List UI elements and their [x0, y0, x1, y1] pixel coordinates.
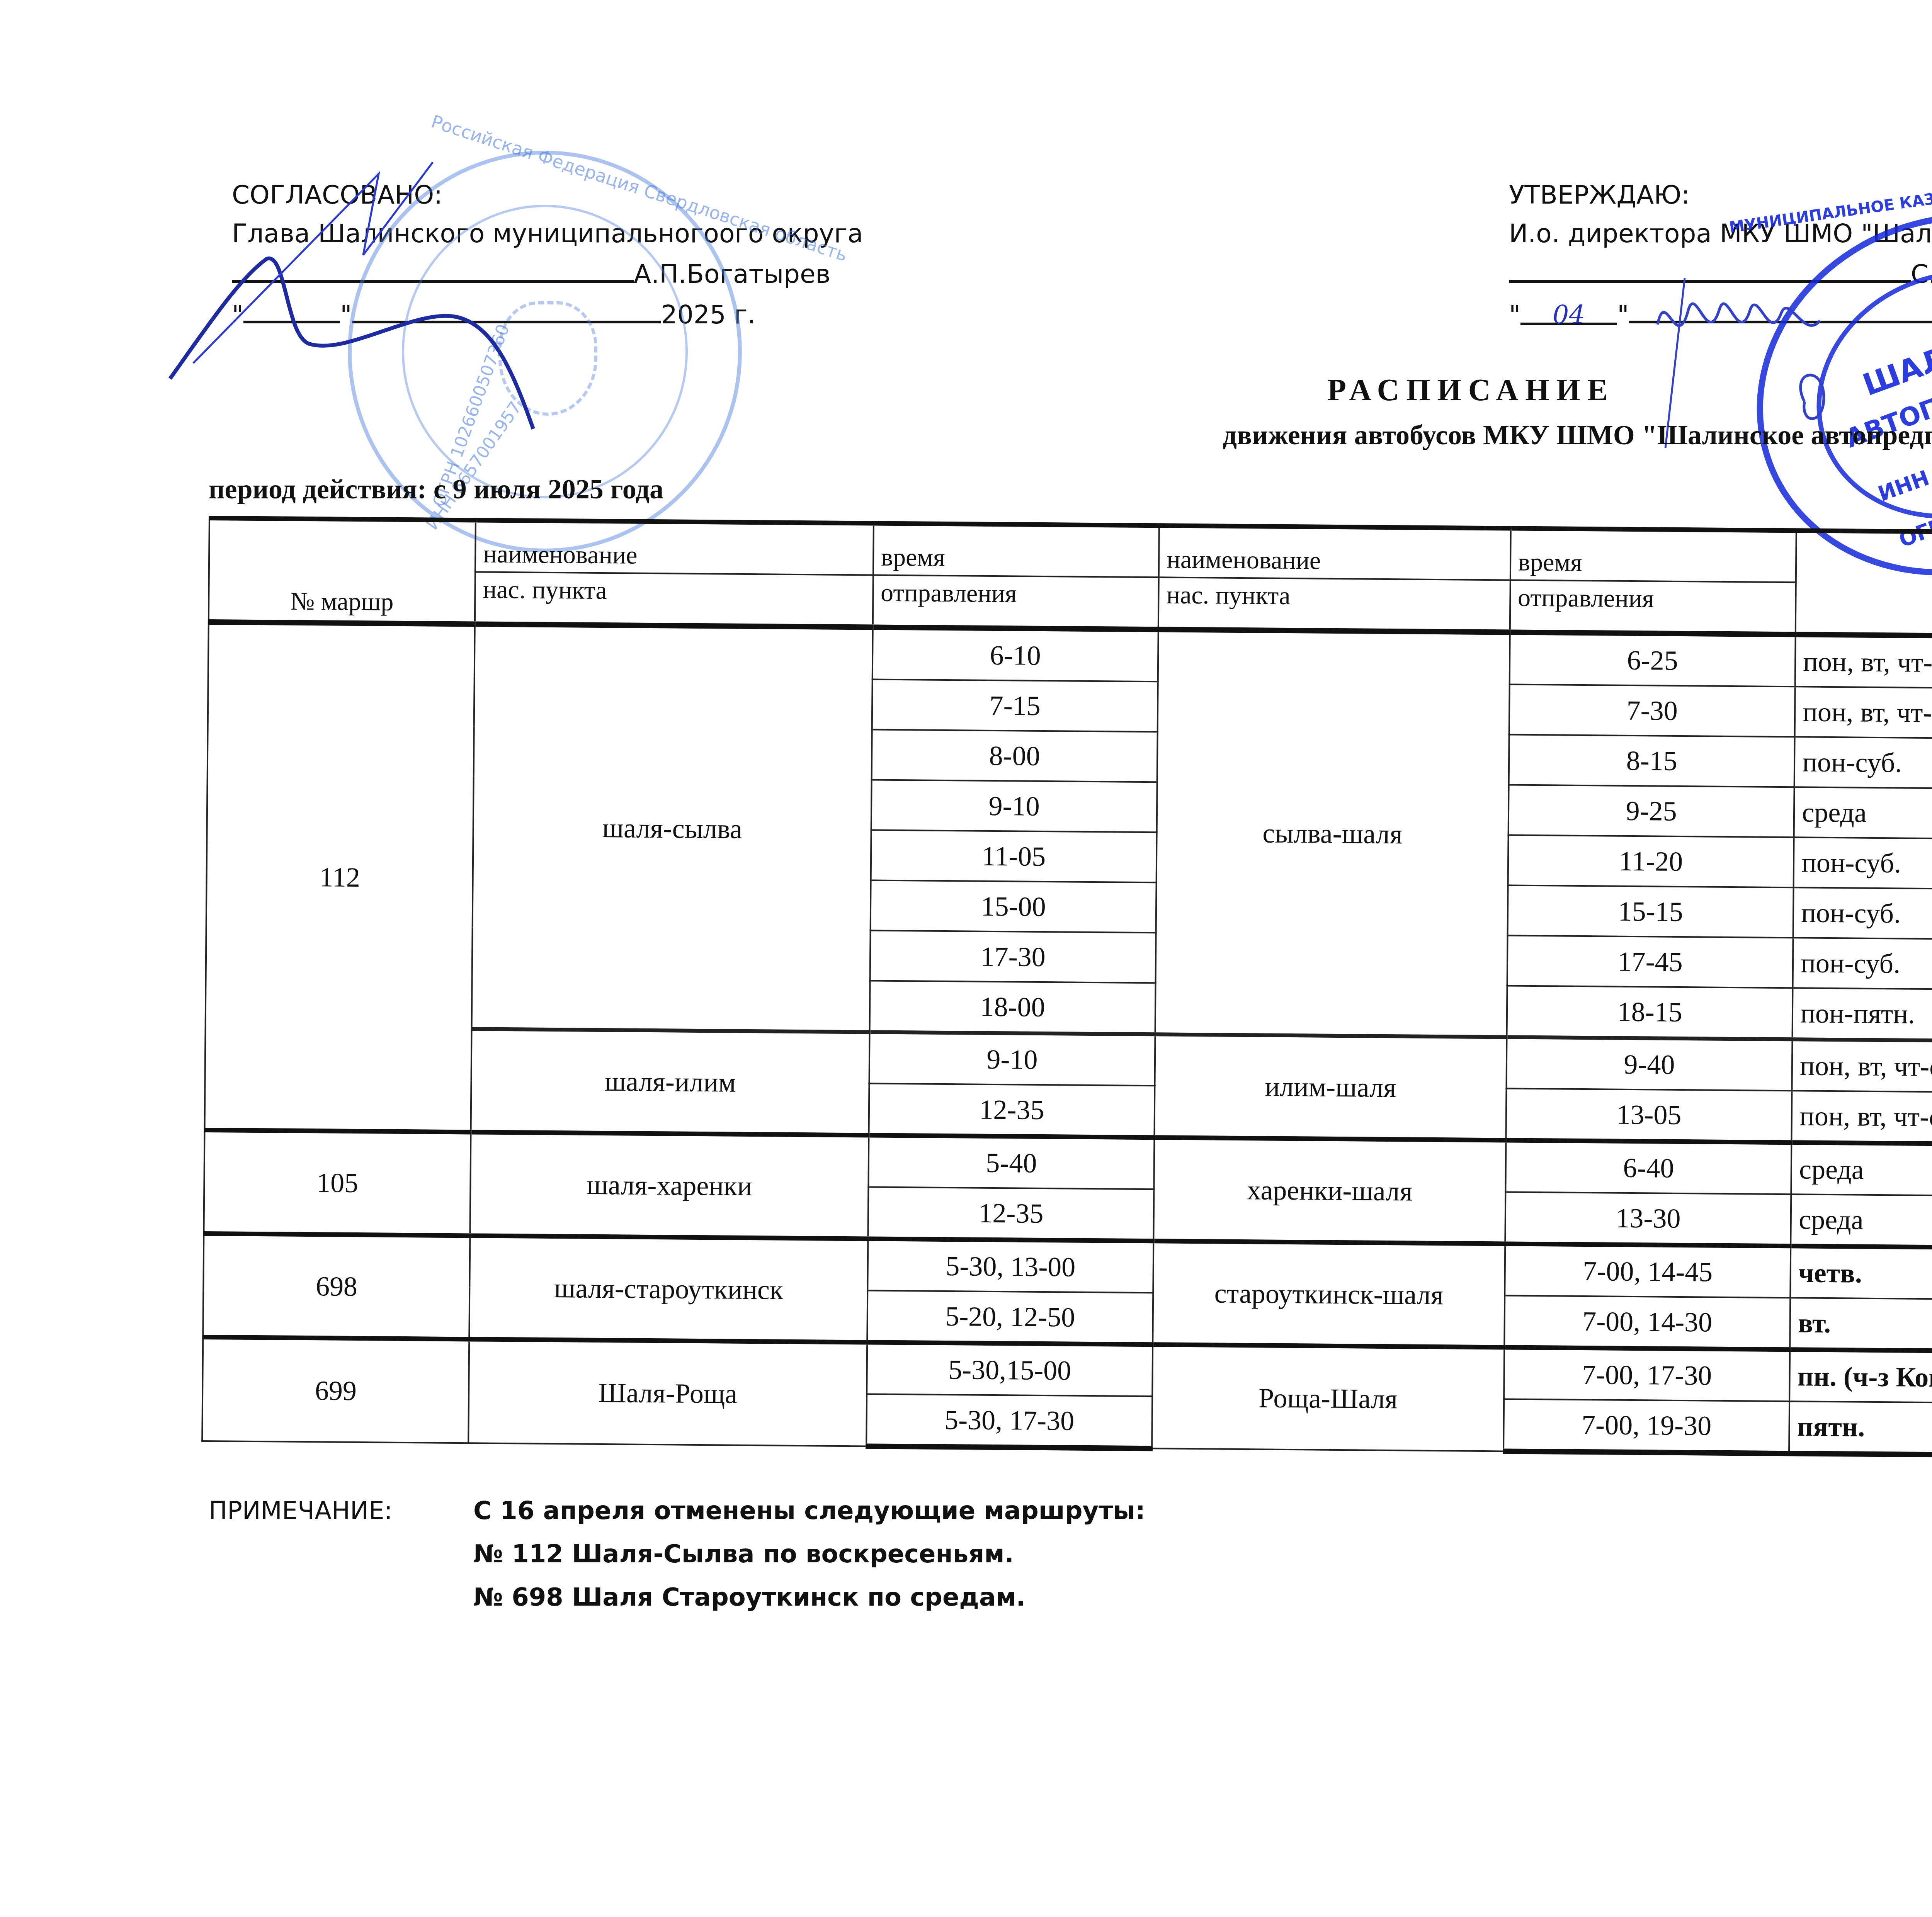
departure-time-cell: 8-00 [871, 729, 1158, 782]
header-days: дни отправления [1796, 530, 1932, 639]
return-time-cell: 13-05 [1506, 1088, 1792, 1142]
days-cell: среда [1791, 1142, 1932, 1199]
header-name-2-top: наименование [1159, 525, 1510, 580]
return-time-cell: 15-15 [1507, 885, 1794, 938]
approval-signature-line: С.А.Мозгалин [1509, 253, 1932, 294]
approval-signature-line: А.П.Богатырев [232, 253, 863, 294]
origin-name-cell: шаля-сылва [472, 624, 872, 1032]
note-line: № 112 Шаля-Сылва по воскресеньям. [473, 1533, 1145, 1576]
validity-period: период действия: с 9 июля 2025 года [209, 473, 663, 505]
return-time-cell: 9-25 [1508, 785, 1794, 837]
return-origin-name-cell: илим-шаля [1155, 1034, 1507, 1140]
note-label: ПРИМЕЧАНИЕ: [209, 1489, 393, 1533]
departure-time-cell: 9-10 [871, 780, 1157, 832]
approval-position: Глава Шалинского муниципальногоого округ… [232, 214, 863, 253]
seal-inn: ИНН 6657001957 [422, 398, 526, 534]
departure-time-cell: 12-35 [869, 1083, 1155, 1137]
header-name-2-bottom: нас. пункта [1158, 577, 1510, 632]
departure-time-cell: 5-30, 13-00 [867, 1239, 1154, 1293]
origin-name-cell: шаля-илим [471, 1029, 869, 1135]
approval-heading: СОГЛАСОВАНО: [232, 176, 863, 214]
header-time-2-bottom: отправления [1510, 580, 1796, 634]
days-cell: пон-суб. [1794, 837, 1932, 892]
date-month-underline [1629, 294, 1932, 323]
return-origin-name-cell: Роща-Шаля [1152, 1344, 1504, 1451]
approval-date-line: ""2025 г. [232, 294, 863, 334]
departure-time-cell: 15-00 [870, 880, 1156, 933]
return-time-cell: 13-30 [1505, 1192, 1791, 1246]
date-quote-close: " [1617, 300, 1629, 330]
departure-time-cell: 11-05 [871, 830, 1157, 882]
days-cell: вт. [1790, 1298, 1932, 1354]
days-cell: пон, вт, чт-суб. [1792, 1039, 1932, 1095]
header-route-no: № маршр [209, 518, 476, 624]
days-cell: пон, вт, чт-суб. [1795, 687, 1932, 741]
departure-time-cell: 17-30 [870, 930, 1156, 983]
return-time-cell: 6-25 [1509, 632, 1796, 687]
departure-time-cell: 9-10 [869, 1032, 1155, 1086]
departure-time-cell: 7-15 [872, 680, 1158, 732]
return-time-cell: 9-40 [1506, 1037, 1793, 1091]
document-subtitle: движения автобусов МКУ ШМО "Шалинское ав… [0, 419, 1932, 451]
departure-time-cell: 5-30, 17-30 [866, 1394, 1153, 1448]
header-time-1-top: время [873, 523, 1160, 578]
departure-time-cell: 5-20, 12-50 [867, 1290, 1153, 1344]
handwritten-day: 04 [1553, 300, 1585, 330]
approval-signatory: С.А.Мозгалин [1911, 259, 1932, 289]
approval-year: 2025 г. [661, 300, 756, 330]
return-time-cell: 7-00, 14-30 [1504, 1295, 1791, 1349]
departure-time-cell: 5-30,15-00 [867, 1342, 1153, 1396]
header-time-2-top: время [1510, 528, 1797, 582]
departure-time-cell: 6-10 [872, 627, 1158, 682]
days-cell: среда [1794, 787, 1932, 842]
date-month-underline [352, 294, 661, 323]
header-time-1-bottom: отправления [873, 575, 1159, 630]
route-number-cell: 698 [203, 1234, 470, 1339]
approval-signatory: А.П.Богатырев [634, 259, 830, 289]
origin-name-cell: шаля-староуткинск [469, 1236, 868, 1342]
return-time-cell: 7-00, 14-45 [1505, 1244, 1791, 1298]
days-cell: пон-пятн. [1793, 988, 1932, 1044]
route-number-cell: 112 [205, 622, 475, 1132]
origin-name-cell: шаля-харенки [470, 1132, 869, 1239]
date-quote-close: " [340, 300, 352, 330]
days-cell: пон, вт, чт-суб. [1795, 634, 1932, 691]
return-time-cell: 7-00, 19-30 [1503, 1399, 1790, 1453]
date-quote-open: " [1509, 300, 1520, 330]
departure-time-cell: 12-35 [868, 1187, 1154, 1241]
approval-position: И.о. директора МКУ ШМО "Шалинское автопр… [1509, 214, 1932, 253]
return-origin-name-cell: сылва-шаля [1155, 629, 1510, 1037]
return-time-cell: 7-30 [1509, 684, 1795, 737]
return-origin-name-cell: староуткинск-шаля [1153, 1241, 1505, 1347]
bus-schedule-table: № маршр наименование время наименование … [201, 516, 1932, 1461]
signature-underline [1509, 253, 1911, 283]
return-time-cell: 17-45 [1507, 935, 1793, 988]
date-day-underline: 04 [1520, 296, 1617, 325]
days-cell: пятн. [1789, 1401, 1932, 1458]
departure-time-cell: 5-40 [868, 1135, 1155, 1189]
header-name-1-top: наименование [475, 520, 873, 575]
approval-block-approved: УТВЕРЖДАЮ: И.о. директора МКУ ШМО "Шалин… [1509, 176, 1932, 334]
route-number-cell: 699 [202, 1337, 469, 1443]
days-cell: пон-суб. [1794, 737, 1932, 792]
days-cell: четв. [1791, 1246, 1932, 1302]
signature-underline [232, 253, 634, 283]
document-title: РАСПИСАНИЕ [0, 373, 1932, 408]
days-cell: пон, вт, чт-суб. [1792, 1091, 1932, 1147]
departure-time-cell: 18-00 [869, 981, 1156, 1034]
approval-date-line: "04"2025 г. [1509, 294, 1932, 334]
date-day-underline [243, 294, 340, 323]
days-cell: среда [1791, 1194, 1932, 1251]
date-quote-open: " [232, 300, 243, 330]
return-time-cell: 11-20 [1508, 835, 1794, 887]
route-number-cell: 105 [204, 1130, 471, 1236]
approval-block-agreed: СОГЛАСОВАНО: Глава Шалинского муниципаль… [232, 176, 863, 334]
note-line: С 16 апреля отменены следующие маршруты: [473, 1489, 1145, 1533]
approval-heading: УТВЕРЖДАЮ: [1509, 176, 1932, 214]
return-time-cell: 18-15 [1507, 986, 1793, 1039]
days-cell: пон-суб. [1793, 938, 1932, 992]
note-line: № 698 Шаля Староуткинск по средам. [473, 1576, 1145, 1619]
return-time-cell: 7-00, 17-30 [1504, 1347, 1790, 1401]
return-time-cell: 6-40 [1505, 1140, 1792, 1194]
days-cell: пон-суб. [1793, 887, 1932, 942]
header-name-1-bottom: нас. пункта [475, 572, 873, 627]
note-body: С 16 апреля отменены следующие маршруты:… [473, 1489, 1145, 1619]
origin-name-cell: Шаля-Роща [469, 1339, 867, 1446]
days-cell: пн. (ч-з Коптелы) [1789, 1349, 1932, 1406]
return-time-cell: 8-15 [1509, 734, 1795, 787]
return-origin-name-cell: харенки-шаля [1154, 1137, 1506, 1244]
